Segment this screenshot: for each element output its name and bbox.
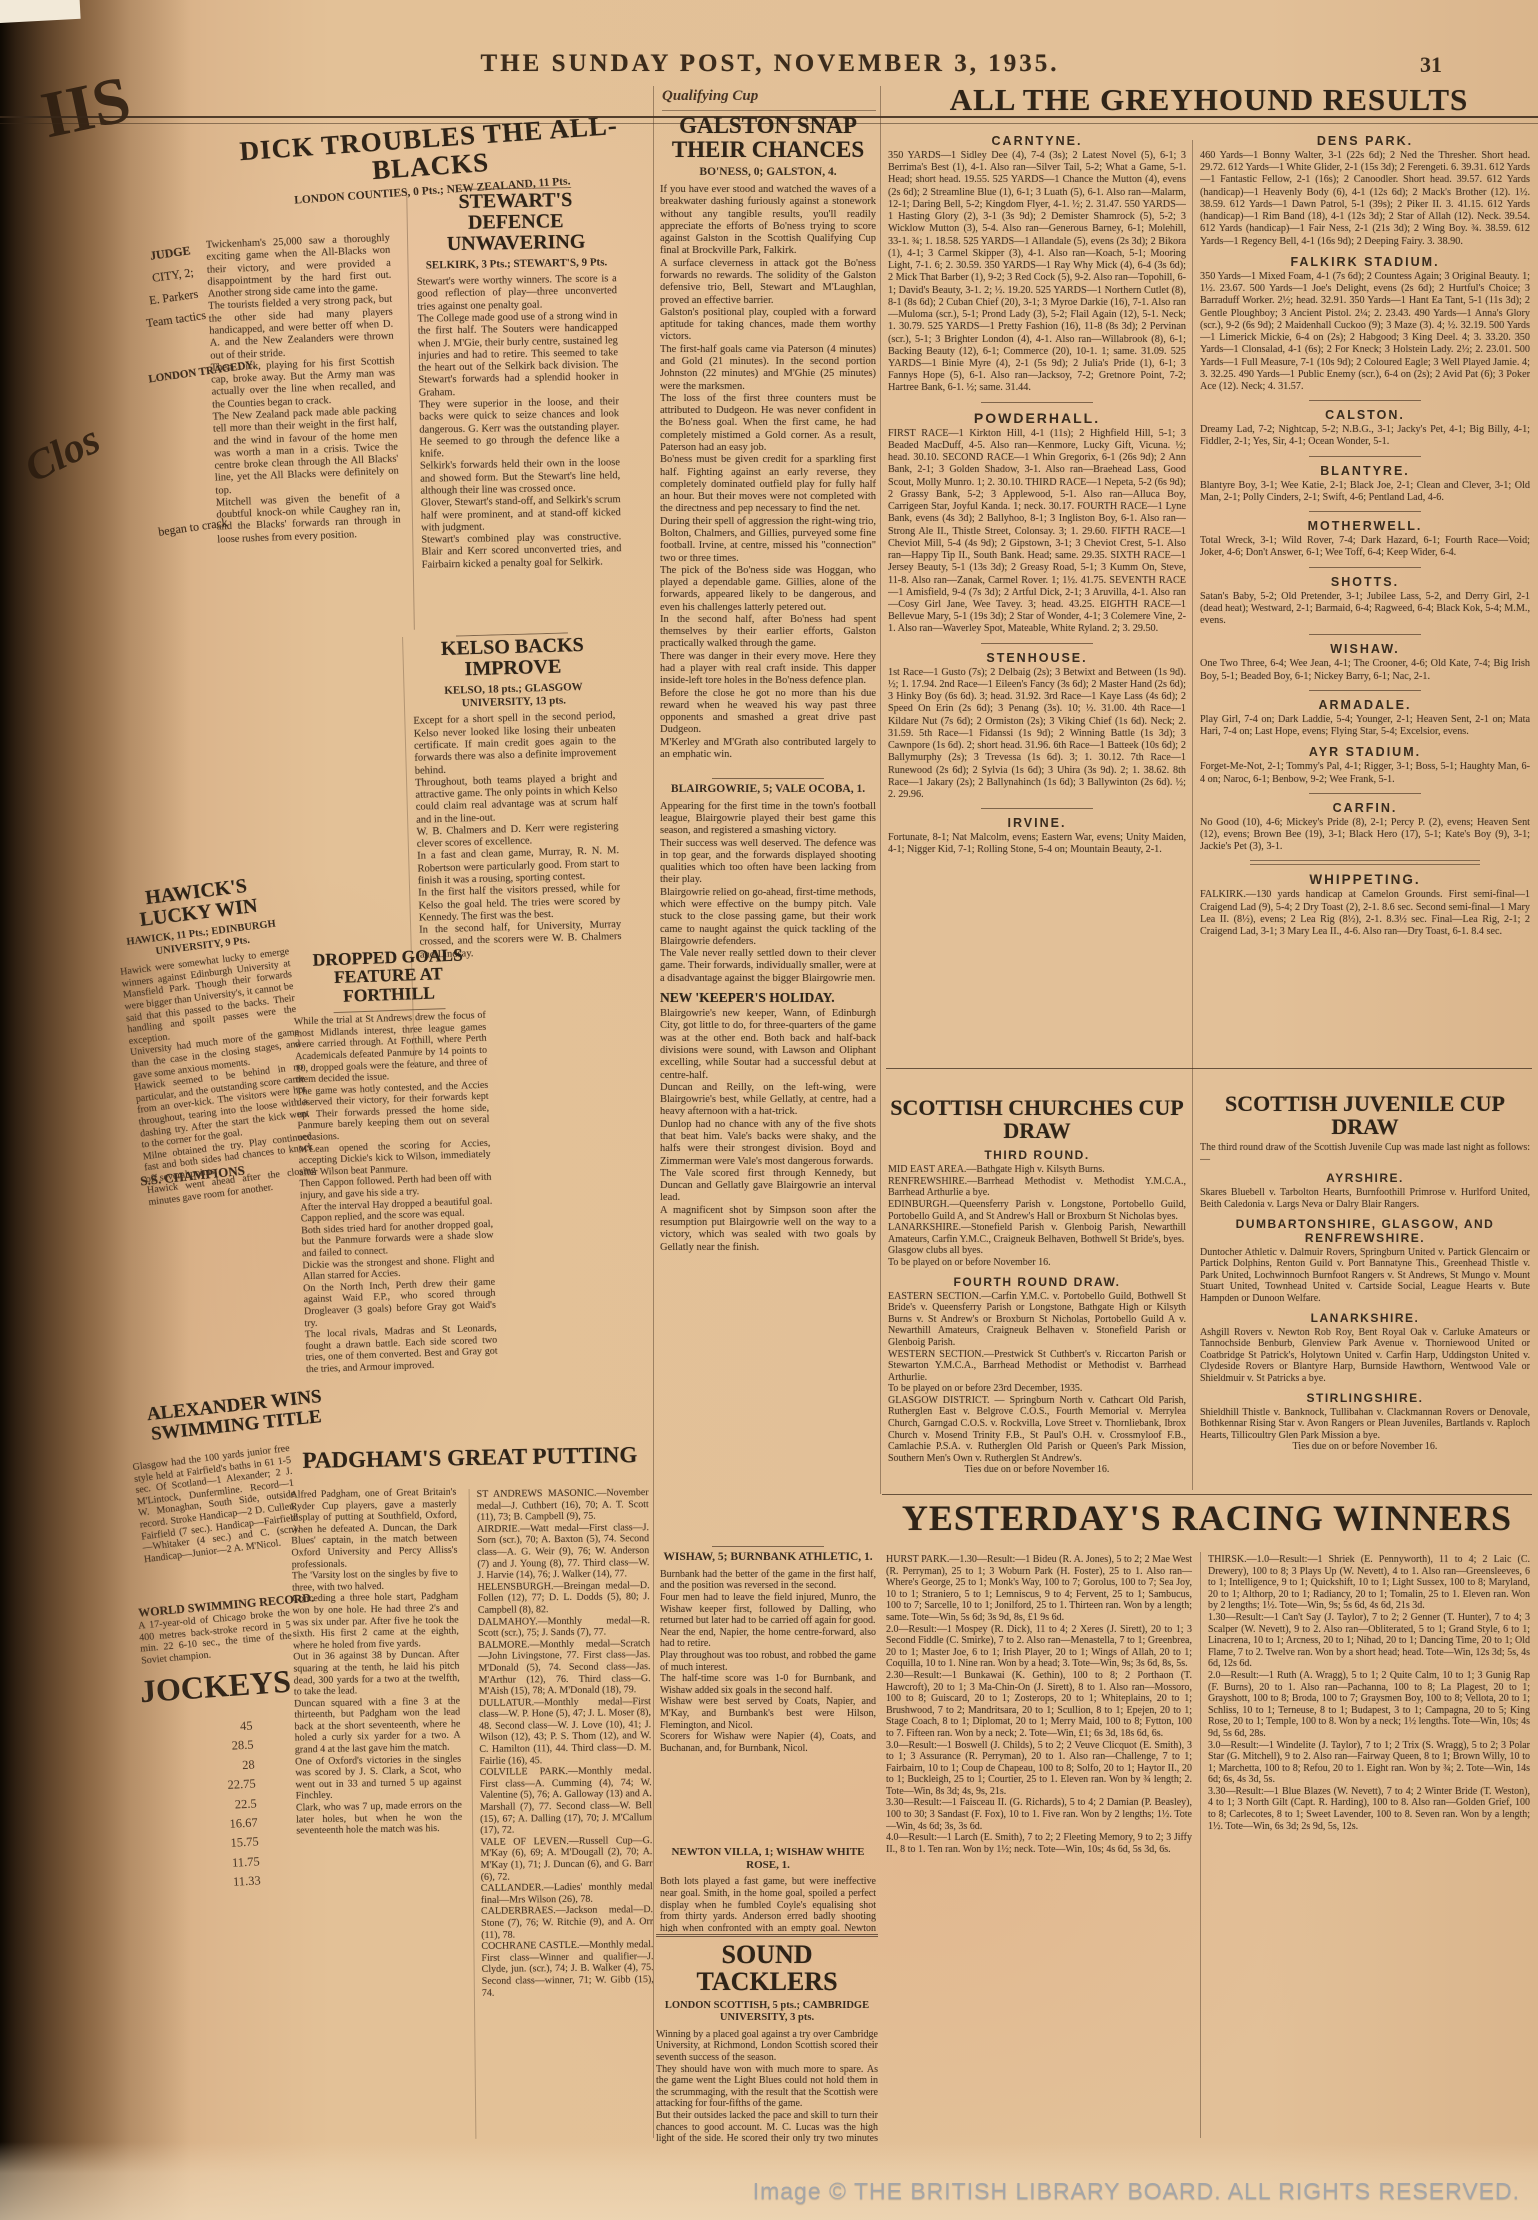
track-name: IRVINE. — [888, 816, 1186, 830]
article-body: Burnbank had the better of the game in t… — [660, 1569, 876, 1755]
article-body: While the trial at St Andrews drew the f… — [294, 1010, 498, 1376]
track-results: 1st Race—1 Gusto (7s); 2 Delbaig (2s); 3… — [888, 667, 1186, 802]
track-results: Forget-Me-Not, 2-1; Tommy's Pal, 4-1; Ri… — [1200, 761, 1530, 785]
article-body: If you have ever stood and watched the w… — [660, 184, 876, 761]
track-results: FALKIRK.—130 yards handicap at Camelon G… — [1200, 889, 1530, 938]
draw-note: Ties due on or before November 16. — [888, 1464, 1186, 1476]
racing-hurst-park: HURST PARK.—1.30—Result:—1 Bideu (R. A. … — [886, 1554, 1192, 2138]
track-results: Dreamy Lad, 7-2; Nightcap, 5-2; N.B.G., … — [1200, 424, 1530, 448]
draw-text: Ashgill Rovers v. Newton Rob Roy, Bent R… — [1200, 1327, 1530, 1385]
track-results: Play Girl, 7-4 on; Dark Laddie, 5-4; You… — [1200, 714, 1530, 738]
draw-text: Duntocher Athletic v. Dalmuir Rovers, Sp… — [1200, 1247, 1530, 1305]
golf-results-1: ST ANDREWS MASONIC.—November medal—J. Cu… — [477, 1487, 651, 1697]
section-title: SCOTTISH JUVENILE CUP DRAW — [1200, 1092, 1530, 1138]
scoreline: NEWTON VILLA, 1; WISHAW WHITE ROSE, 1. — [660, 1846, 876, 1872]
round-heading: FOURTH ROUND DRAW. — [888, 1275, 1186, 1289]
article-padgham-headline: PADGHAM'S GREAT PUTTING — [293, 1443, 648, 1483]
article-newton-villa: NEWTON VILLA, 1; WISHAW WHITE ROSE, 1. B… — [660, 1842, 876, 1932]
draw-text: Skares Bluebell v. Tarbolton Hearts, Bur… — [1200, 1187, 1530, 1210]
golf-results-column: ST ANDREWS MASONIC.—November medal—J. Cu… — [469, 1487, 656, 2139]
racing-thirsk: THIRSK.—1.0—Result:—1 Shriek (E. Pennywo… — [1208, 1554, 1530, 2138]
track-name: FALKIRK STADIUM. — [1200, 255, 1530, 269]
article-body: Both lots played a fast game, but were i… — [660, 1876, 876, 1932]
article-swimming-body: Glasgow had the 100 yards junior free st… — [132, 1443, 306, 1601]
headline-text: GALSTON SNAP THEIR CHANCES — [660, 114, 876, 162]
district-heading: STIRLINGSHIRE. — [1200, 1391, 1530, 1405]
track-name: CARNTYNE. — [888, 134, 1186, 148]
section-title: SCOTTISH CHURCHES CUP DRAW — [888, 1096, 1186, 1142]
headline-text: PADGHAM'S GREAT PUTTING — [293, 1443, 647, 1473]
article-galston: GALSTON SNAP THEIR CHANCES BO'NESS, 0; G… — [660, 114, 876, 778]
article-stewarts: STEWART'S DEFENCE UNWAVERING SELKIRK, 3 … — [406, 186, 623, 630]
draw-text: EASTERN SECTION.—Carfin Y.M.C. v. Portob… — [888, 1291, 1186, 1465]
crosshead: NEW 'KEEPER'S HOLIDAY. — [660, 991, 876, 1005]
article-blairgowrie: BLAIRGOWRIE, 5; VALE OCOBA, 1. Appearing… — [660, 778, 876, 1542]
track-results: Satan's Baby, 5-2; Old Pretender, 3-1; J… — [1200, 591, 1530, 628]
district-heading: LANARKSHIRE. — [1200, 1311, 1530, 1325]
scoreline: SELKIRK, 3 Pts.; STEWART'S, 9 Pts. — [416, 256, 616, 273]
round-heading: THIRD ROUND. — [888, 1148, 1186, 1162]
scoreline: KELSO, 18 pts.; GLASGOW UNIVERSITY, 13 p… — [412, 680, 615, 712]
article-body: Except for a short spell in the second p… — [413, 710, 622, 961]
headline-text: DROPPED GOALS FEATURE AT FORTHILL — [291, 945, 485, 1007]
track-name: ARMADALE. — [1200, 698, 1530, 712]
article-forthill: DROPPED GOALS FEATURE AT FORTHILL While … — [291, 945, 500, 1445]
district-heading: AYRSHIRE. — [1200, 1171, 1530, 1185]
track-name: SHOTTS. — [1200, 575, 1530, 589]
article-body: Blairgowrie's new keeper, Wann, of Edinb… — [660, 1008, 876, 1254]
track-results: 350 YARDS—1 Sidley Dee (4), 7-4 (3s); 2 … — [888, 150, 1186, 395]
library-watermark: Image © THE BRITISH LIBRARY BOARD. ALL R… — [640, 2178, 1520, 2205]
headline-text: KELSO BACKS IMPROVE — [411, 634, 614, 682]
scoreline: WISHAW, 5; BURNBANK ATHLETIC, 1. — [660, 1551, 876, 1565]
jockey-numbers-list: 45 28.5 28 22.75 22.5 16.67 15.75 11.75 … — [188, 1717, 268, 2020]
track-name: STENHOUSE. — [888, 651, 1186, 665]
juvenile-cup-draw: SCOTTISH JUVENILE CUP DRAW The third rou… — [1200, 1082, 1530, 1492]
article-wishaw-burnbank: WISHAW, 5; BURNBANK ATHLETIC, 1. Burnban… — [660, 1546, 876, 1840]
article-sound-tacklers: SOUND TACKLERS LONDON SCOTTISH, 5 pts.; … — [656, 1934, 878, 2145]
track-name: CALSTON. — [1200, 408, 1530, 422]
headline-text: SOUND TACKLERS — [656, 1941, 878, 1996]
track-name: WHIPPETING. — [1200, 872, 1530, 887]
article-padgham-body: Alfred Padgham, one of Great Britain's R… — [290, 1487, 467, 2140]
district-heading: DUMBARTONSHIRE, GLASGOW, AND RENFREWSHIR… — [1200, 1217, 1530, 1245]
kicker-text: Qualifying Cup — [662, 88, 758, 104]
track-name: BLANTYRE. — [1200, 464, 1530, 478]
track-name: CARFIN. — [1200, 801, 1530, 815]
track-results: Total Wreck, 3-1; Wild Rover, 7-4; Dark … — [1200, 535, 1530, 559]
draw-intro: The third round draw of the Scottish Juv… — [1200, 1142, 1530, 1165]
page-number: 31 — [1420, 52, 1480, 78]
track-name: MOTHERWELL. — [1200, 519, 1530, 533]
article-body: Winning by a placed goal against a try o… — [656, 2029, 878, 2145]
scoreline: BO'NESS, 0; GALSTON, 4. — [660, 166, 876, 180]
scoreline: BLAIRGOWRIE, 5; VALE OCOBA, 1. — [660, 783, 876, 797]
jockeys-heading-fragment: JOCKEYS — [139, 1663, 292, 1715]
article-body: Stewart's were worthy winners. The score… — [417, 273, 622, 571]
track-results: Blantyre Boy, 3-1; Wee Katie, 2-1; Black… — [1200, 480, 1530, 504]
greyhound-col-1: CARNTYNE. 350 YARDS—1 Sidley Dee (4), 7-… — [888, 134, 1186, 1074]
article-allblacks-body: Twickenham's 25,000 saw a thoroughly exc… — [206, 233, 414, 880]
track-name: DENS PARK. — [1200, 134, 1530, 148]
scoreline: LONDON SCOTTISH, 5 pts.; CAMBRIDGE UNIVE… — [656, 2000, 878, 2025]
track-name: AYR STADIUM. — [1200, 745, 1530, 759]
greyhound-col-2: DENS PARK. 460 Yards—1 Bonny Walter, 3-1… — [1200, 134, 1530, 1074]
churches-cup-draw: SCOTTISH CHURCHES CUP DRAW THIRD ROUND. … — [888, 1082, 1186, 1492]
track-name: POWDERHALL. — [888, 410, 1186, 426]
track-results: FIRST RACE—1 Kirkton Hill, 4-1 (11s); 2 … — [888, 428, 1186, 636]
headline-text: STEWART'S DEFENCE UNWAVERING — [415, 189, 616, 255]
golf-results-2: DULLATUR.—Monthly medal—First class—W. P… — [479, 1696, 654, 1999]
article-body: Appearing for the first time in the town… — [660, 801, 876, 985]
draw-note: Ties due on or before November 16. — [1200, 1441, 1530, 1453]
qualifying-cup-label: Qualifying Cup — [662, 88, 876, 111]
track-results: No Good (10), 4-6; Mickey's Pride (8), 2… — [1200, 817, 1530, 854]
racing-winners-title: YESTERDAY'S RACING WINNERS — [882, 1500, 1532, 1548]
greyhound-results-title: ALL THE GREYHOUND RESULTS — [886, 84, 1532, 128]
newspaper-page: THE SUNDAY POST, NOVEMBER 3, 1935. 31 II… — [0, 0, 1538, 2220]
track-name: WISHAW. — [1200, 642, 1530, 656]
track-results: Fortunate, 8-1; Nat Malcolm, evens; East… — [888, 832, 1186, 856]
track-results: 350 Yards—1 Mixed Foam, 4-1 (7s 6d); 2 C… — [1200, 271, 1530, 393]
draw-text: MID EAST AREA.—Bathgate High v. Kilsyth … — [888, 1164, 1186, 1268]
track-results: 460 Yards—1 Bonny Walter, 3-1 (22s 6d); … — [1200, 150, 1530, 248]
track-results: One Two Three, 6-4; Wee Jean, 4-1; The C… — [1200, 658, 1530, 682]
draw-text: Shieldhill Thistle v. Banknock, Tullibah… — [1200, 1407, 1530, 1442]
